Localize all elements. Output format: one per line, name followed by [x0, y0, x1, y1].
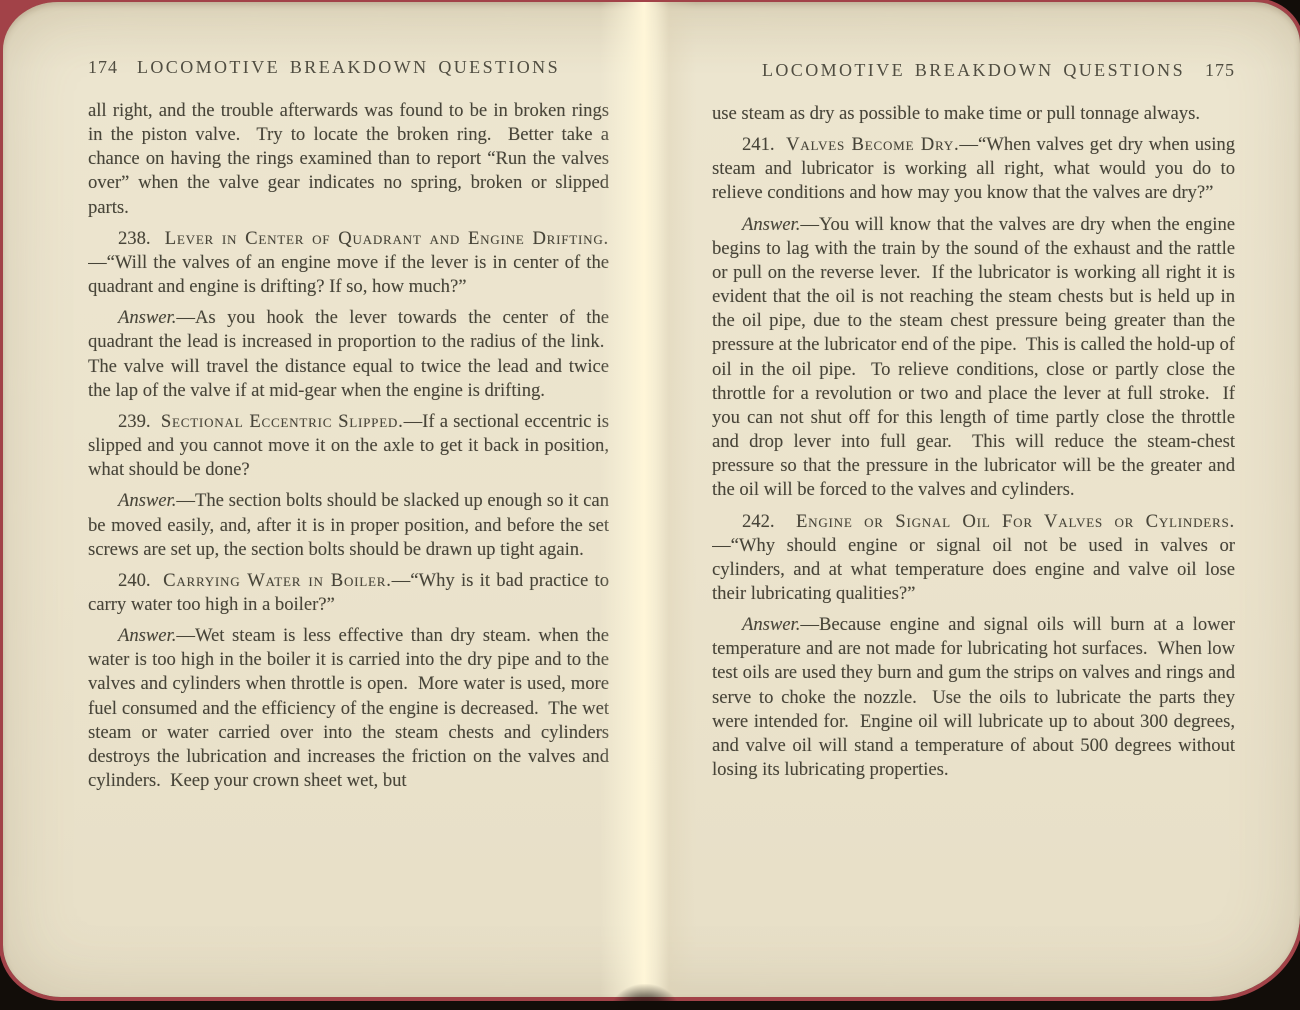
paragraph: 238. Lever in Center of Quadrant and Eng…	[88, 227, 609, 299]
text-run: use steam as dry as possible to make tim…	[712, 103, 1200, 124]
paragraph: Answer.—Because engine and signal oils w…	[712, 613, 1235, 782]
text-run: —Wet steam is less effective than dry st…	[88, 625, 609, 791]
text-run: all right, and the trouble afterwards wa…	[88, 100, 609, 218]
page-number: 174	[88, 57, 132, 78]
page-right-header: LOCOMOTIVE BREAKDOWN QUESTIONS 175	[712, 60, 1235, 81]
text-run: —“Will the valves of an engine move if t…	[88, 252, 609, 297]
text-run: 241.	[742, 134, 786, 155]
text-run: Sectional Eccentric Slipped.	[161, 411, 404, 432]
text-run: Answer.	[742, 614, 800, 635]
paragraph: use steam as dry as possible to make tim…	[712, 102, 1235, 126]
text-run: 240.	[118, 570, 163, 591]
page-right: LOCOMOTIVE BREAKDOWN QUESTIONS 175 use s…	[712, 60, 1235, 960]
text-run: Carrying Water in Boiler.	[163, 570, 392, 591]
running-title: LOCOMOTIVE BREAKDOWN QUESTIONS	[132, 57, 565, 78]
running-title: LOCOMOTIVE BREAKDOWN QUESTIONS	[756, 60, 1191, 81]
book-scan: 174 LOCOMOTIVE BREAKDOWN QUESTIONS all r…	[3, 2, 1300, 997]
paragraph: 240. Carrying Water in Boiler.—“Why is i…	[88, 569, 609, 617]
paragraph: all right, and the trouble afterwards wa…	[88, 99, 609, 220]
paragraph: Answer.—The section bolts should be slac…	[88, 489, 609, 561]
text-run: —You will know that the valves are dry w…	[712, 214, 1235, 501]
paragraph: 242. Engine or Signal Oil For Valves or …	[712, 510, 1235, 607]
text-run: Answer.	[742, 214, 800, 235]
paragraph: 241. Valves Become Dry.—“When valves get…	[712, 133, 1235, 205]
page-body: all right, and the trouble afterwards wa…	[88, 99, 609, 793]
page-gutter	[600, 2, 696, 997]
paragraph: Answer.—Wet steam is less effective than…	[88, 624, 609, 793]
text-run: —Because engine and signal oils will bur…	[712, 614, 1235, 780]
paragraph: Answer.—As you hook the lever towards th…	[88, 306, 609, 403]
text-run: 242.	[742, 511, 796, 532]
text-run: Lever in Center of Quadrant and Engine D…	[165, 228, 609, 249]
text-run: Answer.	[118, 625, 176, 646]
text-run: Valves Become Dry.	[786, 134, 959, 155]
text-run: Answer.	[118, 490, 176, 511]
text-run: 239.	[118, 411, 161, 432]
paragraph: Answer.—You will know that the valves ar…	[712, 213, 1235, 503]
text-run: 238.	[118, 228, 165, 249]
page-body: use steam as dry as possible to make tim…	[712, 102, 1235, 782]
paragraph: 239. Sectional Eccentric Slipped.—If a s…	[88, 410, 609, 482]
text-run: Answer.	[118, 307, 176, 328]
text-run: Engine or Signal Oil For Valves or Cylin…	[796, 511, 1235, 532]
page-left: 174 LOCOMOTIVE BREAKDOWN QUESTIONS all r…	[88, 57, 609, 957]
text-run: —“Why should engine or signal oil not be…	[712, 535, 1235, 604]
page-left-header: 174 LOCOMOTIVE BREAKDOWN QUESTIONS	[88, 57, 609, 78]
page-number: 175	[1191, 60, 1235, 81]
